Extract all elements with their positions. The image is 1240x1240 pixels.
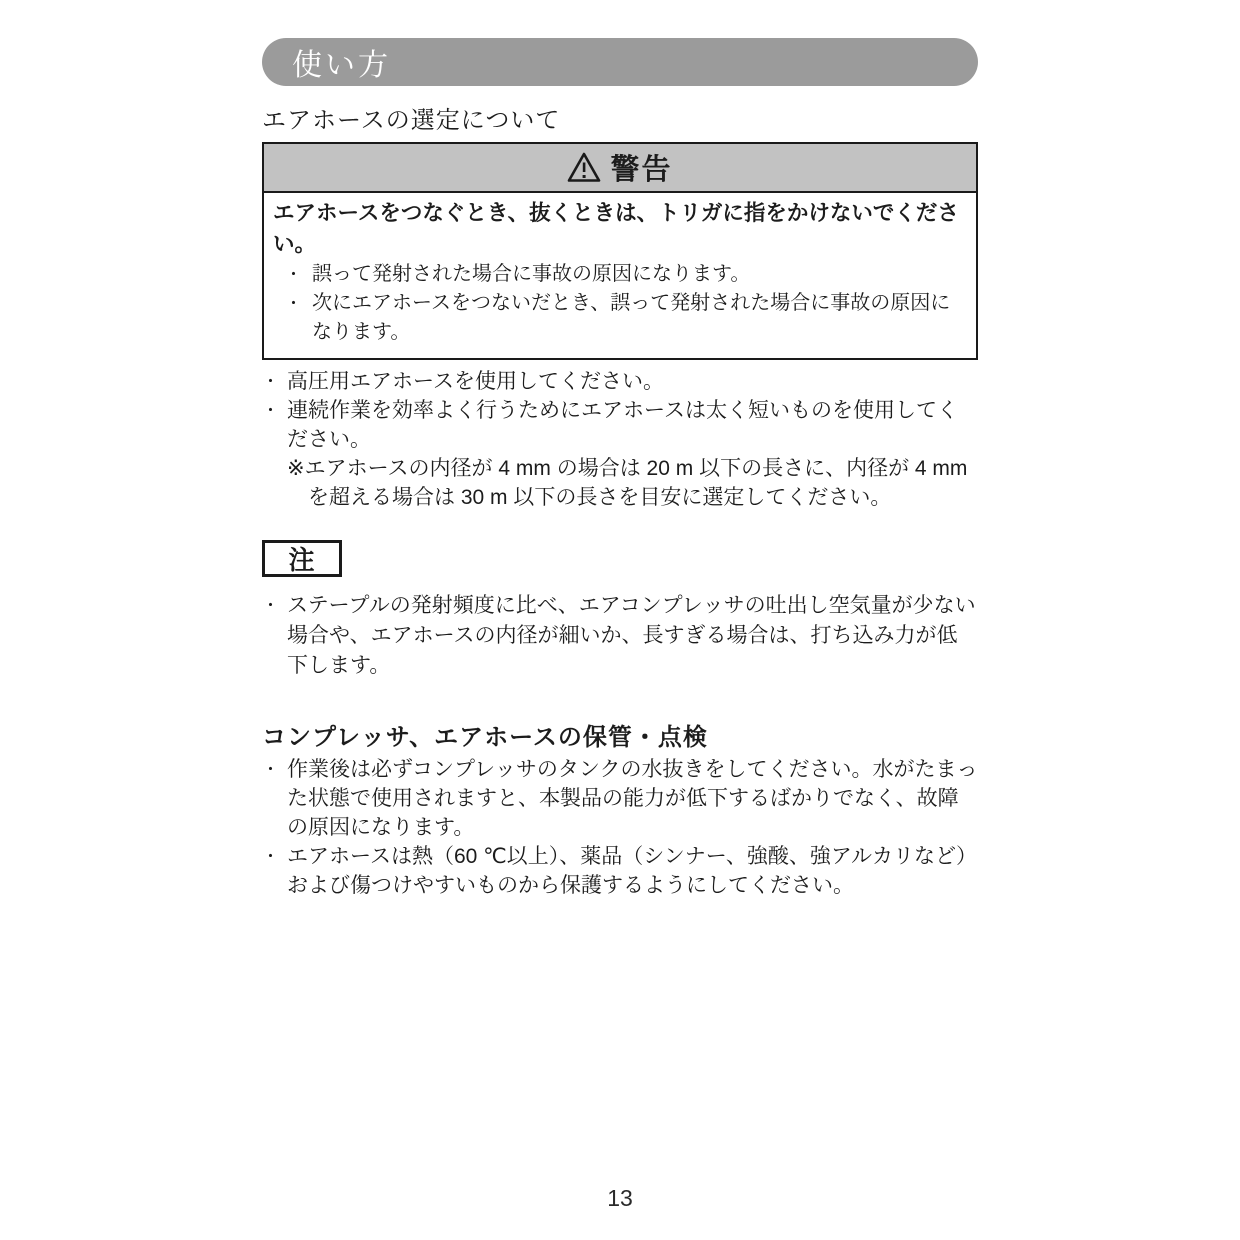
- section-pill-label: 使い方: [292, 40, 391, 84]
- list-item: ・ 高圧用エアホースを使用してください。: [262, 367, 978, 396]
- warning-title: 警告: [610, 147, 672, 188]
- manual-page: 使い方 エアホースの選定について 警告 エアホースをつなぐとき、抜くときは、トリ…: [0, 0, 1240, 1240]
- warning-box-body: エアホースをつなぐとき、抜くときは、トリガに指をかけないでください。 ・ 誤って…: [264, 193, 976, 358]
- warning-triangle-icon: [567, 152, 601, 183]
- list-item-text: 誤って発射された場合に事故の原因になります。: [312, 260, 967, 289]
- hose-selection-list: ・ 高圧用エアホースを使用してください。 ・ 連続作業を効率よく行うためにエアホ…: [262, 367, 978, 512]
- bullet-marker: ・: [262, 591, 287, 681]
- storage-inspection-list: ・ 作業後は必ずコンプレッサのタンクの水抜きをしてください。水がたまった状態で使…: [262, 755, 978, 900]
- list-item: ・ エアホースは熱（60 ℃以上）、薬品（シンナー、強酸、強アルカリなど）および…: [262, 842, 978, 900]
- warning-box: 警告 エアホースをつなぐとき、抜くときは、トリガに指をかけないでください。 ・ …: [262, 142, 978, 360]
- note-list: ・ ステープルの発射頻度に比べ、エアコンプレッサの吐出し空気量が少ない場合や、エ…: [262, 591, 978, 681]
- hose-diameter-note: ※エアホースの内径が 4 mm の場合は 20 m 以下の長さに、内径が 4 m…: [287, 454, 978, 512]
- list-item-main-text: 連続作業を効率よく行うためにエアホースは太く短いものを使用してください。: [287, 399, 958, 451]
- list-item-text: 作業後は必ずコンプレッサのタンクの水抜きをしてください。水がたまった状態で使用さ…: [287, 755, 978, 842]
- list-item: ・ 作業後は必ずコンプレッサのタンクの水抜きをしてください。水がたまった状態で使…: [262, 755, 978, 842]
- list-item: ・ 次にエアホースをつないだとき、誤って発射された場合に事故の原因になります。: [273, 289, 967, 346]
- section-pill-usage: 使い方: [262, 38, 978, 86]
- list-item-text: 次にエアホースをつないだとき、誤って発射された場合に事故の原因になります。: [312, 289, 967, 346]
- list-item-text: 高圧用エアホースを使用してください。: [287, 367, 978, 396]
- note-label: 注: [288, 540, 315, 577]
- list-item: ・ ステープルの発射頻度に比べ、エアコンプレッサの吐出し空気量が少ない場合や、エ…: [262, 591, 978, 681]
- bullet-marker: ・: [285, 260, 312, 289]
- warning-lead-text: エアホースをつなぐとき、抜くときは、トリガに指をかけないでください。: [273, 198, 967, 260]
- bullet-marker: ・: [262, 367, 287, 396]
- warning-box-header: 警告: [264, 144, 976, 193]
- warning-bullet-list: ・ 誤って発射された場合に事故の原因になります。 ・ 次にエアホースをつないだと…: [273, 260, 967, 346]
- bullet-marker: ・: [262, 842, 287, 900]
- bullet-marker: ・: [262, 755, 287, 842]
- subsection-title-hose-selection: エアホースの選定について: [262, 106, 978, 135]
- list-item-text: エアホースは熱（60 ℃以上）、薬品（シンナー、強酸、強アルカリなど）および傷つ…: [287, 842, 978, 900]
- list-item-text: 連続作業を効率よく行うためにエアホースは太く短いものを使用してください。 ※エア…: [287, 396, 978, 512]
- list-item: ・ 誤って発射された場合に事故の原因になります。: [273, 260, 967, 289]
- subsection-title-storage-inspection: コンプレッサ、エアホースの保管・点検: [262, 723, 978, 753]
- list-item-text: ステープルの発射頻度に比べ、エアコンプレッサの吐出し空気量が少ない場合や、エアホ…: [287, 591, 978, 681]
- list-item: ・ 連続作業を効率よく行うためにエアホースは太く短いものを使用してください。 ※…: [262, 396, 978, 512]
- content-column: 使い方 エアホースの選定について 警告 エアホースをつなぐとき、抜くときは、トリ…: [262, 38, 978, 900]
- bullet-marker: ・: [285, 289, 312, 346]
- page-number: 13: [0, 1185, 1240, 1212]
- note-label-box: 注: [262, 540, 342, 577]
- bullet-marker: ・: [262, 396, 287, 512]
